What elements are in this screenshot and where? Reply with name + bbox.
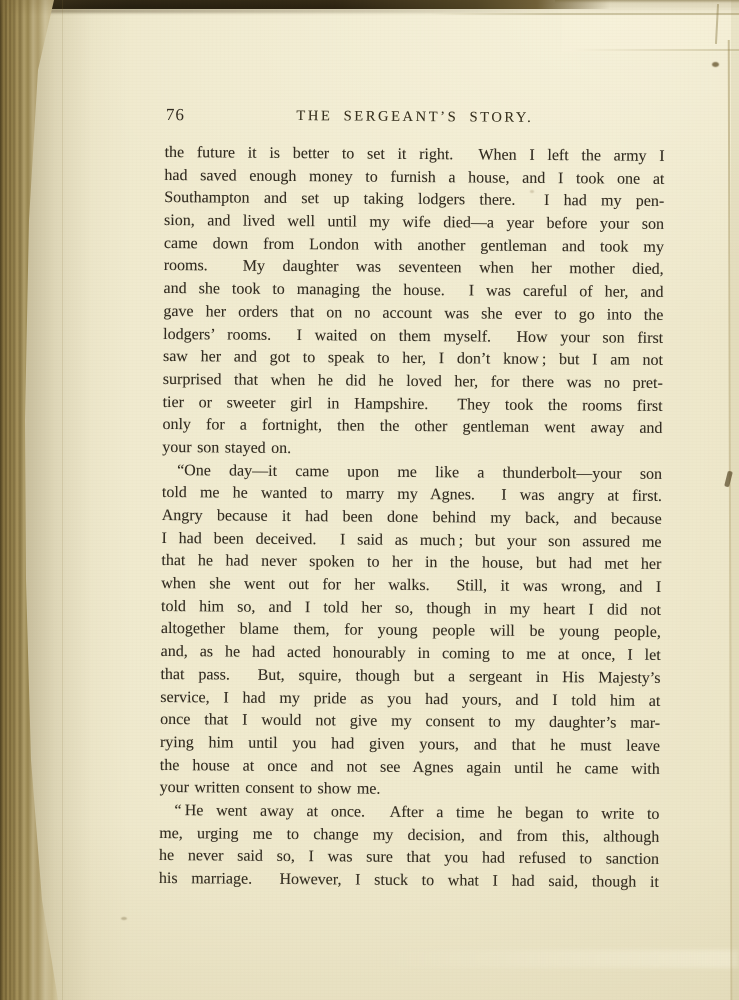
gutter-crease: [62, 0, 63, 1000]
book-top-edge: [0, 0, 610, 9]
printed-page-content: 76 THE SERGEANT’S STORY. the future it i…: [159, 103, 665, 895]
text-line: surprised that when he did he loved her,…: [163, 369, 663, 396]
text-line: his marriage. However, I stuck to what I…: [159, 868, 659, 895]
text-line: rying him until you had given yours, and…: [160, 732, 660, 759]
page-edge-streak: [430, 13, 739, 15]
right-page-edge-shade: [731, 0, 739, 1000]
book-top-edge-right: [555, 0, 739, 3]
running-head-title: THE SERGEANT’S STORY.: [165, 103, 665, 128]
paper-speck: [712, 62, 719, 67]
paper-speck: [121, 917, 127, 920]
text-line: gave her orders that on no account was s…: [163, 301, 663, 328]
body-text: the future it is better to set it right.…: [159, 142, 665, 895]
text-line: that pass. But, squire, though but a ser…: [160, 664, 660, 691]
text-line: your son stayed on.: [162, 437, 662, 464]
page-edge-streak: [570, 49, 739, 51]
scanned-book-page: 76 THE SERGEANT’S STORY. the future it i…: [0, 0, 739, 1000]
page-number: 76: [166, 105, 185, 125]
page-edge-streak: [370, 950, 739, 968]
text-line: “ He went away at once. After a time he …: [159, 800, 659, 827]
page-header-row: 76 THE SERGEANT’S STORY.: [165, 103, 665, 146]
